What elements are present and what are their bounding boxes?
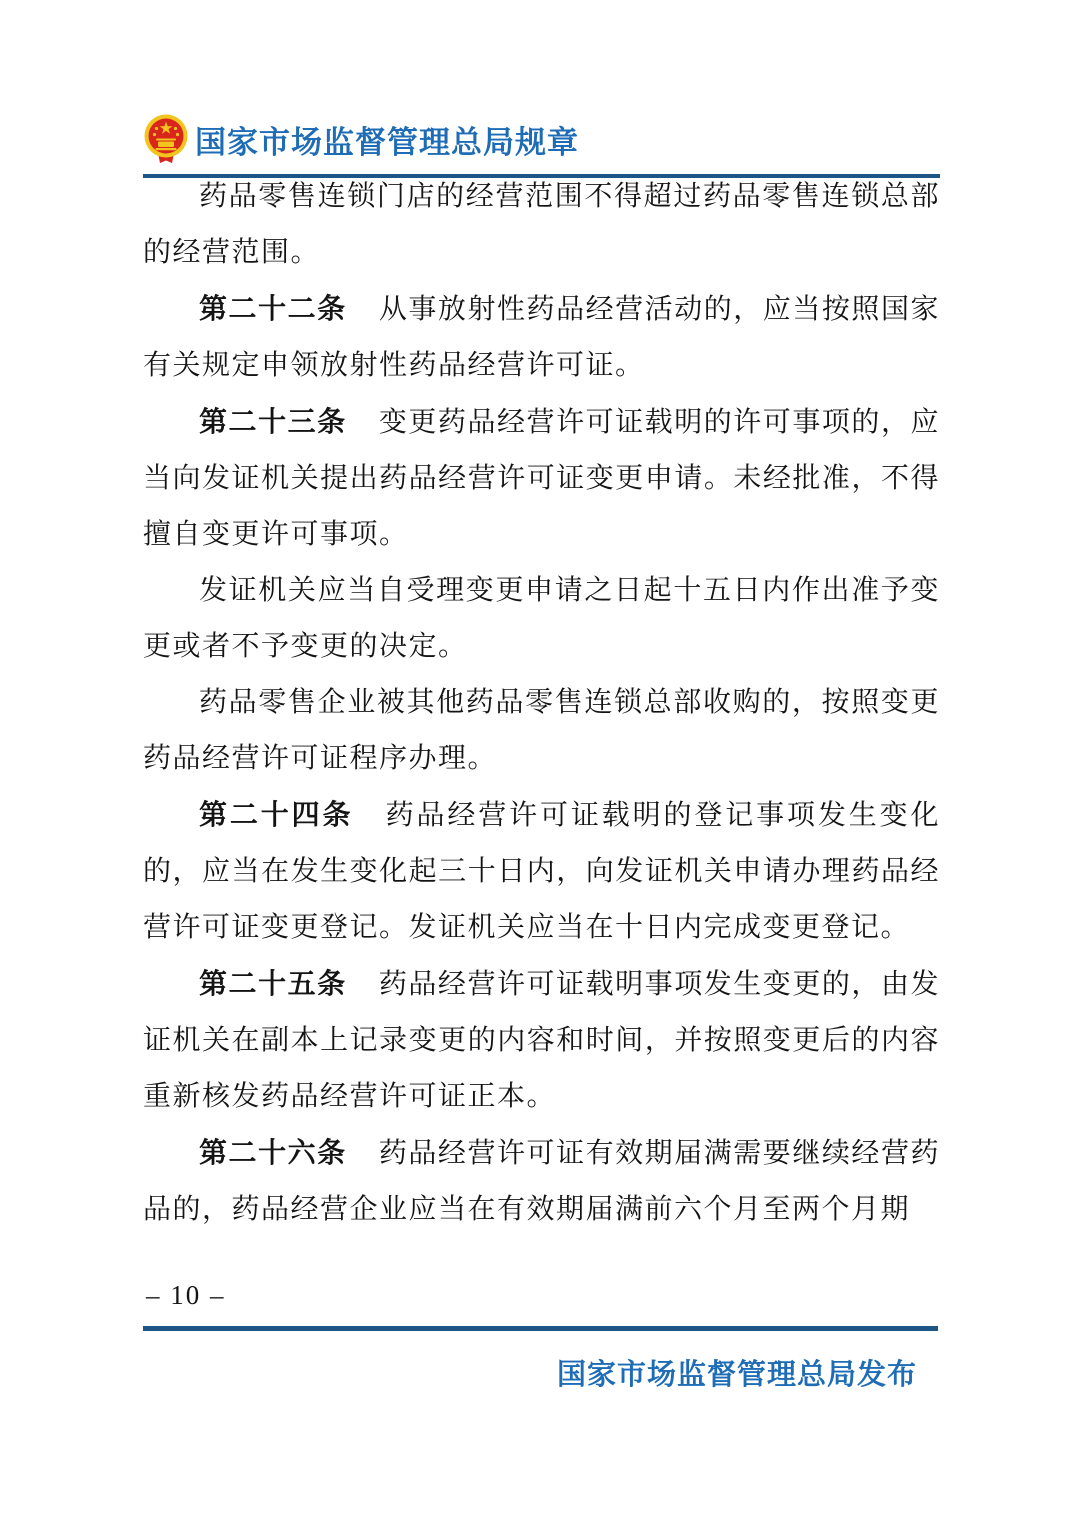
body-paragraph: 第二十三条变更药品经营许可证载明的许可事项的，应当向发证机关提出药品经营许可证变… — [143, 394, 940, 563]
publisher-label: 国家市场监督管理总局发布 — [557, 1352, 917, 1393]
document-page: 国家市场监督管理总局规章 药品零售连锁门店的经营范围不得超过药品零售连锁总部的经… — [0, 0, 1074, 1520]
article-number: 第二十五条 — [199, 968, 347, 999]
footer-divider — [143, 1326, 938, 1331]
header-title: 国家市场监督管理总局规章 — [195, 117, 579, 162]
article-number: 第二十二条 — [199, 293, 347, 324]
body-paragraph: 第二十五条药品经营许可证载明事项发生变更的，由发证机关在副本上记录变更的内容和时… — [143, 956, 940, 1125]
document-body: 药品零售连锁门店的经营范围不得超过药品零售连锁总部的经营范围。第二十二条从事放射… — [143, 169, 940, 1238]
page-header: 国家市场监督管理总局规章 — [143, 112, 940, 166]
page-number: – 10 – — [146, 1280, 226, 1311]
body-paragraph: 第二十六条药品经营许可证有效期届满需要继续经营药品的，药品经营企业应当在有效期届… — [143, 1125, 940, 1238]
article-number: 第二十四条 — [199, 799, 353, 830]
body-paragraph: 第二十二条从事放射性药品经营活动的，应当按照国家有关规定申领放射性药品经营许可证… — [143, 281, 940, 394]
article-number: 第二十三条 — [199, 406, 347, 437]
national-emblem-icon — [143, 113, 189, 165]
body-paragraph: 发证机关应当自受理变更申请之日起十五日内作出准予变更或者不予变更的决定。 — [143, 563, 940, 675]
body-paragraph: 第二十四条药品经营许可证载明的登记事项发生变化的，应当在发生变化起三十日内，向发… — [143, 787, 940, 956]
body-paragraph: 药品零售企业被其他药品零售连锁总部收购的，按照变更药品经营许可证程序办理。 — [143, 675, 940, 787]
article-number: 第二十六条 — [199, 1137, 347, 1168]
body-paragraph: 药品零售连锁门店的经营范围不得超过药品零售连锁总部的经营范围。 — [143, 169, 940, 281]
